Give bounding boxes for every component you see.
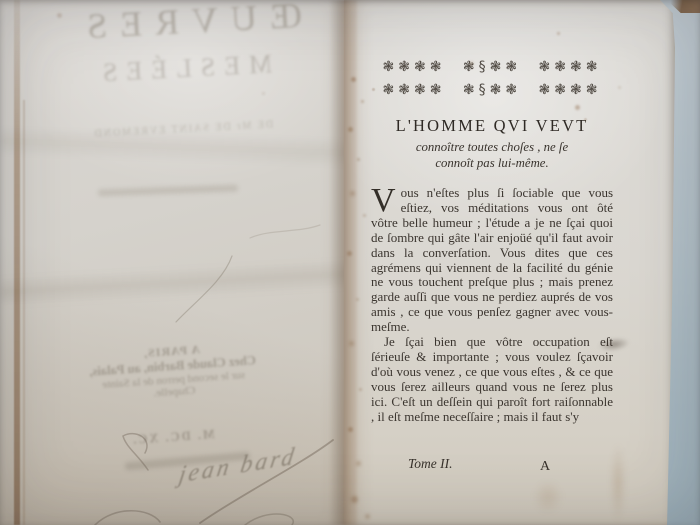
drop-cap: V [371,186,401,214]
page-wrinkle [0,259,349,307]
paragraph: Je ſçai bien que vôtre occupation eſt ſé… [371,335,613,424]
showthrough-author: DE Mr DE SAINT EVREMOND [73,118,293,140]
page-wrinkle [0,126,348,168]
body-text: Vous n'eſtes plus ſi ſociable que vous e… [371,186,613,425]
handwritten-inscription: jean bard [177,435,349,490]
faint-showthrough-line [98,185,238,197]
showthrough-imprint-address: Chapelle. [79,379,269,404]
chapter-subheading: connoître toutes choſes , ne ſe [371,140,613,155]
right-page: ❃❃❃❃ ❃§❃❃ ❃❃❃❃ ❃❃❃❃ ❃§❃❃ ❃❃❃❃ L'HOMME QV… [344,0,675,525]
showthrough-imprint-address: sur le second perron de la Sainte [78,367,268,392]
showthrough-imprint-publisher: Chez Claude Barbin, au Palais, [77,352,268,380]
showthrough-title: ŒUVRES [67,0,309,48]
spine-edge-stain [23,100,25,525]
printers-ornament-band: ❃❃❃❃ ❃§❃❃ ❃❃❃❃ ❃❃❃❃ ❃§❃❃ ❃❃❃❃ [371,56,613,102]
page-stain [533,480,563,514]
showthrough-imprint: A PARIS, Chez Claude Barbin, au Palais, … [76,337,269,404]
signature-mark: A [540,459,550,475]
ornament-row: ❃❃❃❃ ❃§❃❃ ❃❃❃❃ [371,79,613,102]
showthrough-imprint-city: A PARIS, [76,337,267,365]
paragraph: Vous n'eſtes plus ſi ſociable que vous e… [371,186,613,335]
chapter-subheading: connoît pas lui-même. [371,156,613,171]
left-page: ŒUVRES MESLÉES DE Mr DE SAINT EVREMOND A… [0,0,348,525]
chapter-heading: L'HOMME QVI VEVT [371,116,613,136]
page-stain [610,443,626,523]
volume-footer: Tome II. [408,456,453,472]
showthrough-title: MESLÉES [72,48,293,89]
spine-edge-stain [14,0,20,525]
book-photo: ŒUVRES MESLÉES DE Mr DE SAINT EVREMOND A… [0,0,700,525]
ornament-row: ❃❃❃❃ ❃§❃❃ ❃❃❃❃ [371,56,613,79]
showthrough-imprint-date: M. DC. XC. [93,424,254,450]
paragraph-text: ous n'eſtes plus ſi ſociable que vous eſ… [371,185,613,334]
